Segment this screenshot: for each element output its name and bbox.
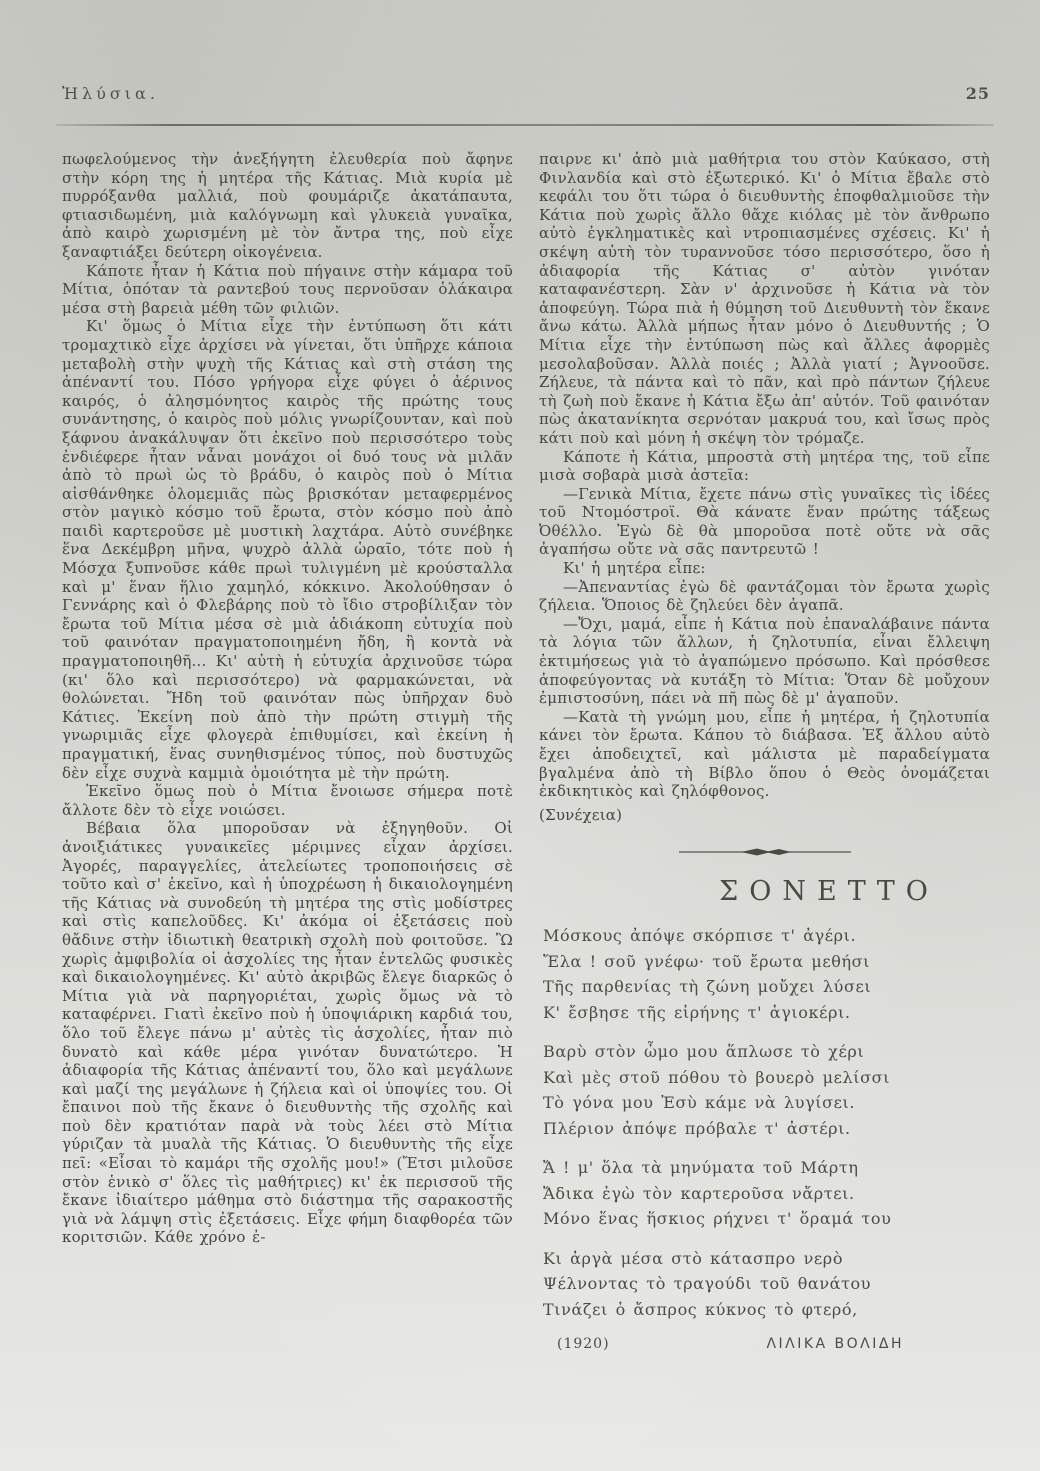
story-paragraph: —Γενικὰ Μίτια, ἔχετε πάνω στὶς γυναῖκες … <box>539 485 990 559</box>
story-paragraph: παιρνε κι' ἀπὸ μιὰ μαθήτρια του στὸν Καύ… <box>539 150 990 448</box>
story-paragraph: Βέβαια ὅλα μποροῦσαν νὰ ἐξηγηθοῦν. Οἱ ἀν… <box>62 819 513 1247</box>
sonnet-stanza: Μόσκους ἀπόψε σκόρπισε τ' ἀγέρι. Ἔλα ! σ… <box>543 923 990 1025</box>
story-paragraph: πωφελούμενος τὴν ἀνεξήγητη ἐλευθερία ποὺ… <box>62 150 513 262</box>
sonnet-stanza: Κι ἀργὰ μέσα στὸ κάτασπρο νερὸ Ψέλνοντας… <box>543 1246 990 1323</box>
sonnet-line: Πλέριον ἀπόψε πρόβαλε τ' ἀστέρι. <box>543 1116 990 1142</box>
story-paragraph: Κάποτε ἦταν ἡ Κάτια ποὺ πήγαινε στὴν κάμ… <box>62 262 513 318</box>
two-column-text: πωφελούμενος τὴν ἀνεξήγητη ἐλευθερία ποὺ… <box>62 150 990 1352</box>
sonnet-line: Κ' ἔσβησε τῆς εἰρήνης τ' ἁγιοκέρι. <box>543 1000 990 1026</box>
story-paragraph: —Ἀπεναντίας ἐγὼ δὲ φαντάζομαι τὸν ἔρωτα … <box>539 578 990 615</box>
section-divider <box>539 846 990 858</box>
sonnet-line: Ἄ ! μ' ὅλα τὰ μηνύματα τοῦ Μάρτη <box>543 1155 990 1181</box>
sonnet-line: Βαρὺ στὸν ὦμο μου ἅπλωσε τὸ χέρι <box>543 1039 990 1065</box>
sonnet-line: Μόνο ἕνας ἥσκιος ρήχνει τ' ὅραμά του <box>543 1206 990 1232</box>
sonnet-line: Μόσκους ἀπόψε σκόρπισε τ' ἀγέρι. <box>543 923 990 949</box>
sonnet-footer: (1920) ΛΙΛΙΚΑ ΒΟΛΙΔΗ <box>539 1336 990 1352</box>
story-paragraph: Κι' ὅμως ὁ Μίτια εἶχε τὴν ἐντύπωση ὅτι κ… <box>62 317 513 782</box>
story-paragraph: Κάποτε ἡ Κάτια, μπροστὰ στὴ μητέρα της, … <box>539 448 990 485</box>
sonnet-stanza: Βαρὺ στὸν ὦμο μου ἅπλωσε τὸ χέρι Καὶ μὲς… <box>543 1039 990 1141</box>
continuation-note: (Συνέχεια) <box>539 806 990 825</box>
divider-ornament-icon <box>679 846 851 858</box>
sonnet-line: Τὸ γόνα μου Ἐσὺ κάμε νὰ λυγίσει. <box>543 1090 990 1116</box>
right-column: παιρνε κι' ἀπὸ μιὰ μαθήτρια του στὸν Καύ… <box>539 150 990 1352</box>
journal-title: Ἠλύσια. <box>62 84 159 103</box>
scanned-magazine-page: Ἠλύσια. 25 πωφελούμενος τὴν ἀνεξήγητη ἐλ… <box>0 0 1040 1471</box>
sonnet-line: Ἔλα ! σοῦ γνέφω· τοῦ ἔρωτα μεθήσι <box>543 949 990 975</box>
story-paragraph: —Ὄχι, μαμά, εἶπε ἡ Κάτια ποὺ ἐπαναλάβαιν… <box>539 615 990 708</box>
sonnet-stanza: Ἄ ! μ' ὅλα τὰ μηνύματα τοῦ Μάρτη Ἄδικα ἐ… <box>543 1155 990 1232</box>
sonnet-title: ΣΟΝΕΤΤΟ <box>669 876 989 907</box>
sonnet-author: ΛΙΛΙΚΑ ΒΟΛΙΔΗ <box>766 1336 904 1352</box>
sonnet-line: Κι ἀργὰ μέσα στὸ κάτασπρο νερὸ <box>543 1246 990 1272</box>
sonnet-line: Τῆς παρθενίας τὴ ζώνη μοὔχει λύσει <box>543 974 990 1000</box>
sonnet-line: Ψέλνοντας τὸ τραγούδι τοῦ θανάτου <box>543 1271 990 1297</box>
sonnet-year: (1920) <box>557 1336 610 1352</box>
sonnet-line: Καὶ μὲς στοῦ πόθου τὸ βουερὸ μελίσσι <box>543 1065 990 1091</box>
page-header: Ἠλύσια. 25 <box>62 84 990 103</box>
page-number: 25 <box>966 84 990 103</box>
sonnet-line: Ἄδικα ἐγὼ τὸν καρτεροῦσα νἄρτει. <box>543 1181 990 1207</box>
header-rule <box>56 124 994 126</box>
story-paragraph: Ἐκεῖνο ὅμως ποὺ ὁ Μίτια ἔνοιωσε σήμερα π… <box>62 782 513 819</box>
story-paragraph: Κι' ἡ μητέρα εἶπε: <box>539 559 990 578</box>
story-paragraph: —Κατὰ τὴ γνώμη μου, εἶπε ἡ μητέρα, ἡ ζηλ… <box>539 708 990 801</box>
sonnet-line: Τινάζει ὁ ἄσπρος κύκνος τὸ φτερό, <box>543 1297 990 1323</box>
left-column: πωφελούμενος τὴν ἀνεξήγητη ἐλευθερία ποὺ… <box>62 150 513 1352</box>
